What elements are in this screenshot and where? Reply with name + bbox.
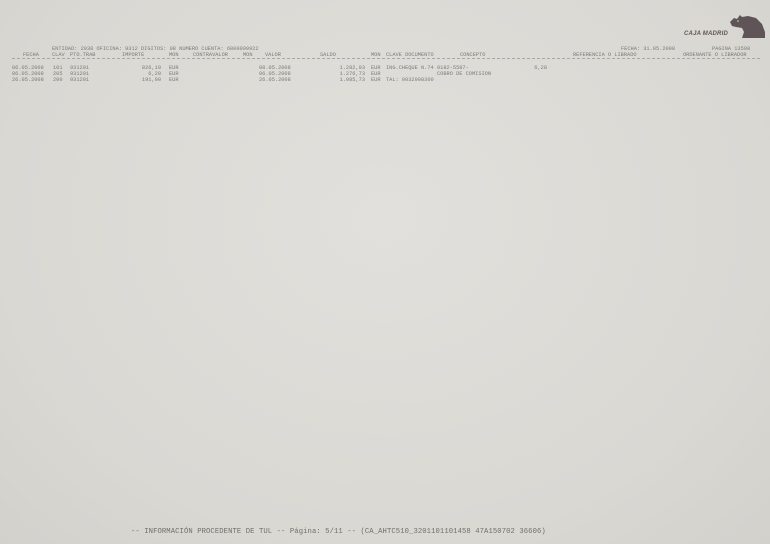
header-separator <box>12 58 760 60</box>
cell-saldo: 1.085,73 <box>340 77 365 83</box>
cell-valor: 26.05.2008 <box>259 77 291 83</box>
caja-madrid-logo: CAJA MADRID <box>684 12 768 42</box>
scanned-page: CAJA MADRID ENTIDAD: 2038 OFICINA: 9312 … <box>0 0 770 544</box>
cell-pto-trab: 931201 <box>70 77 89 83</box>
cell-fecha: 26.05.2008 <box>12 77 44 83</box>
footer-info: -- INFORMACIÓN PROCEDENTE DE TUL -- Pági… <box>131 528 546 536</box>
cell-clav: 200 <box>53 77 63 83</box>
cell-mon: EUR <box>169 77 179 83</box>
cell-mon3: EUR <box>371 77 381 83</box>
cell-clave-documento: ING.CHEQUE N.74 <box>386 65 434 71</box>
cell-clave-documento: TAL: 0032908360 <box>386 77 434 83</box>
bear-icon <box>728 12 766 38</box>
cell-extra: 6,28 <box>534 65 547 71</box>
cell-concepto: COBRO DE COMISION <box>437 71 491 77</box>
cell-importe: 191,00 <box>142 77 161 83</box>
logo-text: CAJA MADRID <box>684 31 728 37</box>
